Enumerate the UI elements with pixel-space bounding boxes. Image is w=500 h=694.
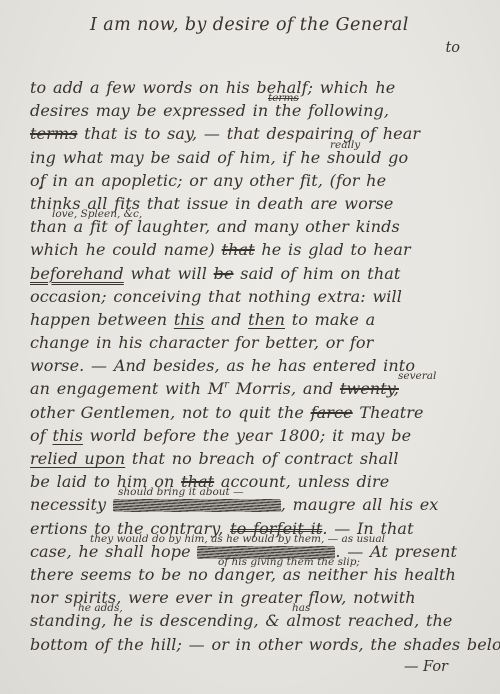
inserted-text: should bring it about —: [118, 487, 244, 497]
manuscript-line: to add a few words on his behalf; which …: [30, 76, 476, 99]
text-segment: change in his character for better, or f…: [30, 333, 373, 352]
manuscript-line: necessity , maugre all his exshould brin…: [30, 493, 476, 516]
text-segment: this: [174, 310, 204, 329]
text-segment: be: [214, 264, 234, 283]
inserted-text: he adds,: [78, 603, 123, 613]
text-segment: that: [222, 240, 255, 259]
text-segment: what will: [124, 264, 214, 283]
manuscript-page: I am now, by desire of the General to to…: [0, 0, 500, 694]
text-segment: terms: [30, 124, 77, 143]
text-segment: to add a few words on his behalf; which …: [30, 78, 395, 97]
scribble-blot: [113, 499, 281, 512]
text-segment: desires may be expressed in the followin…: [30, 101, 389, 120]
inserted-text: terms: [268, 93, 299, 103]
manuscript-line: an engagement with Mr Morris, and twenty…: [30, 377, 476, 400]
inserted-text: of his giving them the slip;: [218, 557, 360, 567]
text-segment: twenty,: [340, 379, 399, 398]
text-segment: of in an apopletic; or any other fit, (f…: [30, 171, 386, 190]
manuscript-line: terms that is to say, — that despairing …: [30, 122, 476, 145]
manuscript-body: to add a few words on his behalf; which …: [0, 59, 500, 656]
inserted-text: ”: [38, 186, 43, 196]
text-segment: this: [52, 426, 82, 445]
manuscript-line: bottom of the hill; — or in other words,…: [30, 633, 476, 656]
text-segment: an engagement with M: [30, 379, 224, 398]
manuscript-line: change in his character for better, or f…: [30, 331, 476, 354]
text-segment: and: [204, 310, 248, 329]
text-segment: relied upon: [30, 449, 125, 468]
manuscript-line: occasion; conceiving that nothing extra:…: [30, 285, 476, 308]
text-segment: happen between: [30, 310, 174, 329]
text-segment: he is glad to hear: [255, 240, 411, 259]
manuscript-line: than a fit of laughter, and many other k…: [30, 215, 476, 238]
text-segment: that no breach of contract shall: [125, 449, 398, 468]
manuscript-line: ing what may be said of him, if he shoul…: [30, 146, 476, 169]
manuscript-line: relied upon that no breach of contract s…: [30, 447, 476, 470]
text-segment: occasion; conceiving that nothing extra:…: [30, 287, 402, 306]
text-segment: other Gentlemen, not to quit the: [30, 403, 311, 422]
inserted-text: they would do by him, as he would by the…: [90, 534, 385, 544]
manuscript-line: happen between this and then to make a: [30, 308, 476, 331]
inserted-text: several: [398, 371, 436, 381]
inserted-text: really: [330, 140, 360, 150]
text-segment: Morris, and: [229, 379, 340, 398]
text-segment: , maugre all his ex: [281, 495, 439, 514]
manuscript-line: other Gentlemen, not to quit the farce T…: [30, 401, 476, 424]
text-segment: Theatre: [353, 403, 424, 422]
catchword-to: to: [0, 37, 500, 59]
opening-line: I am now, by desire of the General: [0, 0, 500, 37]
manuscript-line: desires may be expressed in the followin…: [30, 99, 476, 122]
text-segment: world before the year 1800; it may be: [83, 426, 411, 445]
text-segment: which he could name): [30, 240, 222, 259]
text-segment: beforehand: [30, 264, 124, 283]
catchword-for: — For: [0, 656, 500, 677]
manuscript-line: of this world before the year 1800; it m…: [30, 424, 476, 447]
manuscript-line: which he could name) that he is glad to …: [30, 238, 476, 261]
text-segment: of: [30, 426, 52, 445]
text-segment: worse. — And besides, as he has entered …: [30, 356, 415, 375]
manuscript-line: standing, he is descending, & almost rea…: [30, 609, 476, 632]
text-segment: to make a: [285, 310, 375, 329]
text-segment: said of him on that: [234, 264, 401, 283]
text-segment: farce: [311, 403, 353, 422]
manuscript-line: beforehand what will be said of him on t…: [30, 262, 476, 285]
manuscript-line: of in an apopletic; or any other fit, (f…: [30, 169, 476, 192]
text-segment: necessity: [30, 495, 113, 514]
text-segment: that is to say, — that despairing of hea…: [77, 124, 420, 143]
text-segment: bottom of the hill; — or in other words,…: [30, 635, 500, 654]
manuscript-line: there seems to be no danger, as neither …: [30, 563, 476, 586]
inserted-text: has: [292, 603, 310, 613]
inserted-text: love, Spleen, &c,: [52, 209, 142, 219]
text-segment: standing, he is descending, & almost rea…: [30, 611, 453, 630]
manuscript-line: be laid to him on that account, unless d…: [30, 470, 476, 493]
text-segment: then: [248, 310, 285, 329]
